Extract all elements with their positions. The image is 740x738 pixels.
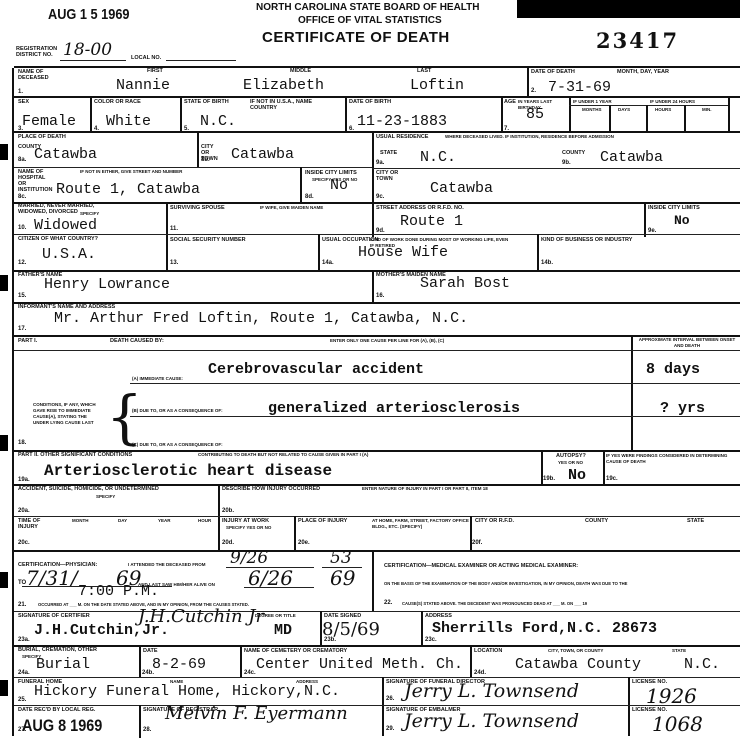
res-county: Catawba — [600, 149, 663, 166]
spouse-label: SURVIVING SPOUSE — [170, 205, 225, 211]
address-label: ADDRESS — [425, 613, 452, 619]
immediate-cause: Cerebrovascular accident — [208, 361, 424, 378]
death-time: 7:00 P.M. — [78, 583, 159, 600]
due-to-c-label: (c) DUE TO, OR AS A CONSEQUENCE OF: — [132, 442, 223, 448]
cemetery-label: NAME OF CEMETERY OR CREMATORY — [244, 648, 347, 654]
injury-at-work-sub: SPECIFY YES OR NO — [226, 525, 271, 531]
name-label: NAME OF DECEASED — [18, 69, 58, 81]
inside-city: No — [330, 177, 348, 194]
first-label: FIRST — [147, 68, 163, 74]
date-of-birth: 11-23-1883 — [357, 113, 447, 130]
registration-district: 18-00 — [63, 40, 112, 60]
last-label: LAST — [417, 68, 431, 74]
location-state-label: STATE — [672, 648, 686, 654]
registrar-signature: Melvin F. Eyermann — [165, 703, 348, 724]
attended-from: 9/26 — [230, 548, 268, 568]
state-of-birth-sub: IF NOT IN U.S.A., NAME COUNTRY — [250, 99, 330, 111]
res-city-label: CITY OR TOWN — [376, 170, 400, 182]
occupation: House Wife — [358, 244, 448, 261]
informant: Mr. Arthur Fred Loftin, Route 1, Catawba… — [54, 310, 468, 327]
redaction-bar — [517, 0, 740, 18]
hospital: Route 1, Catawba — [56, 181, 200, 198]
ssn-label: SOCIAL SECURITY NUMBER — [170, 237, 246, 243]
agency-line1: NORTH CAROLINA STATE BOARD OF HEALTH — [256, 2, 480, 13]
autopsy: No — [568, 467, 586, 484]
time-of-injury-label: TIME OF INJURY — [18, 518, 48, 530]
attended-from-year: 53 — [330, 548, 352, 568]
injury-county-label: COUNTY — [585, 518, 608, 524]
dob-label: DATE OF BIRTH — [349, 99, 391, 105]
hospital-label: NAME OF HOSPITAL OR INSTITUTION — [18, 169, 54, 193]
res-inside-city: No — [674, 213, 690, 228]
autopsy-label: AUTOPSY? — [556, 453, 586, 459]
location-label: LOCATION — [474, 648, 502, 654]
place-of-injury-sub: AT HOME, FARM, STREET, FACTORY OFFICE BL… — [372, 518, 472, 530]
age-label: AGE — [504, 99, 516, 105]
res-county-label: COUNTY — [562, 150, 585, 156]
disposition-label: BURIAL, CREMATION, OTHER — [18, 647, 97, 653]
date-signed: 8/5/69 — [322, 619, 380, 640]
place-county: Catawba — [34, 146, 97, 163]
immediate-interval: 8 days — [646, 361, 700, 378]
funeral-home: Hickory Funeral Home, Hickory,N.C. — [34, 683, 340, 700]
due-to-b-interval: ? yrs — [660, 400, 705, 417]
brace: { — [106, 388, 143, 446]
page-title: CERTIFICATE OF DEATH — [262, 29, 450, 46]
date-of-death: 7-31-69 — [548, 79, 611, 96]
business-label: KIND OF BUSINESS OR INDUSTRY — [541, 237, 632, 243]
describe-injury-sub: ENTER NATURE OF INJURY IN PART I OR PART… — [362, 486, 488, 492]
date-of-death-sub: MONTH, DAY, YEAR — [617, 69, 669, 75]
due-to-b-label: (b) DUE TO, OR AS A CONSEQUENCE OF: — [132, 408, 223, 414]
embalmer-signature: Jerry L. Townsend — [404, 710, 579, 732]
res-state: N.C. — [420, 149, 456, 166]
me-text: ON THE BASIS OF THE EXAMINATION OF THE B… — [384, 581, 627, 587]
place-of-death-label: PLACE OF DEATH — [18, 134, 66, 140]
place-of-injury-label: PLACE OF INJURY — [298, 518, 347, 524]
hours-label: HOURS — [655, 107, 671, 113]
part2-label: PART II. OTHER SIGNIFICANT CONDITIONS — [18, 452, 132, 458]
death-caused-by-label: DEATH CAUSED BY: — [110, 338, 164, 344]
spouse-sub: IF WIFE, GIVE MAIDEN NAME — [260, 205, 323, 211]
cemetery: Center United Meth. Ch. — [256, 656, 463, 673]
received-date: AUG 8 1969 — [22, 716, 102, 736]
immediate-cause-label: (a) IMMEDIATE CAUSE: — [132, 376, 183, 382]
year-label: YEAR — [158, 518, 171, 524]
res-inside-city-label: INSIDE CITY LIMITS — [648, 205, 700, 211]
date-of-death-label: DATE OF DEATH — [531, 69, 575, 75]
state-of-birth: N.C. — [200, 113, 236, 130]
usual-residence-label: USUAL RESIDENCE — [376, 134, 428, 140]
last-saw-year: 69 — [330, 566, 355, 590]
degree: MD — [274, 622, 292, 639]
month-label: MONTH — [72, 518, 89, 524]
name-first: Nannie — [116, 77, 170, 94]
city-rfd-label: CITY OR R.F.D. — [475, 518, 514, 524]
hospital-sub: IF NOT IN EITHER, GIVE STREET AND NUMBER — [80, 169, 182, 175]
certifier-address: Sherrills Ford,N.C. 28673 — [432, 620, 657, 637]
describe-injury-label: DESCRIBE HOW INJURY OCCURRED — [222, 486, 320, 492]
res-city: Catawba — [430, 180, 493, 197]
injury-state-label: STATE — [687, 518, 704, 524]
autopsy-sub: YES OR NO — [558, 460, 583, 466]
burial-date-label: DATE — [143, 648, 158, 654]
sex-label: SEX — [18, 99, 29, 105]
accident-sub: SPECIFY — [96, 494, 115, 500]
burial-location: Catawba County — [515, 656, 641, 673]
agency-line2: OFFICE OF VITAL STATISTICS — [298, 15, 442, 26]
race-label: COLOR OR RACE — [94, 99, 141, 105]
days-label: DAYS — [618, 107, 630, 113]
middle-label: MIDDLE — [290, 68, 311, 74]
street-address: Route 1 — [400, 213, 463, 230]
signature-certifier-label: SIGNATURE OF CERTIFIER — [18, 613, 90, 619]
me-cert-label: CERTIFICATION—MEDICAL EXAMINER OR ACTING… — [384, 563, 578, 569]
embalmer-license: 1068 — [652, 712, 703, 736]
registration-label: REGISTRATION DISTRICT NO. — [16, 46, 58, 58]
mother-name: Sarah Bost — [420, 275, 510, 292]
burial-location-state: N.C. — [684, 656, 720, 673]
min-label: MIN. — [702, 107, 712, 113]
interval-label: APPROXIMATE INTERVAL BETWEEN ONSET AND D… — [638, 337, 736, 349]
due-to-b: generalized arteriosclerosis — [268, 400, 520, 417]
part1-label: PART I. — [18, 338, 37, 344]
race: White — [106, 113, 151, 130]
injury-at-work-label: INJURY AT WORK — [222, 518, 269, 524]
degree-label: DEGREE OR TITLE — [255, 613, 296, 619]
accident-label: ACCIDENT, SUICIDE, HOMICIDE, OR UNDETERM… — [18, 486, 159, 492]
enter-one-label: ENTER ONLY ONE CAUSE PER LINE FOR (a), (… — [330, 338, 444, 344]
disposition: Burial — [36, 656, 90, 673]
age: 85 — [526, 106, 544, 123]
state-of-birth-label: STATE OF BIRTH — [184, 99, 229, 105]
director-signature: Jerry L. Townsend — [404, 680, 579, 702]
if-yes-label: IF YES WERE FINDINGS CONSIDERED IN DETER… — [606, 453, 736, 465]
name-middle: Elizabeth — [243, 77, 324, 94]
sex: Female — [22, 113, 76, 130]
location-sub: CITY, TOWN, OR COUNTY — [548, 648, 603, 654]
name-last: Loftin — [410, 77, 464, 94]
marital-status: Widowed — [34, 217, 97, 234]
hour-label: HOUR — [198, 518, 211, 524]
res-state-label: STATE — [380, 150, 397, 156]
place-city: Catawba — [231, 146, 294, 163]
citizen: U.S.A. — [42, 246, 96, 263]
street-label: STREET ADDRESS OR R.F.D. No. — [376, 205, 464, 211]
received-label: DATE REC'D BY LOCAL REG. — [18, 707, 95, 713]
citizen-label: CITIZEN OF WHAT COUNTRY? — [18, 236, 98, 242]
burial-date: 8-2-69 — [152, 656, 206, 673]
part2-sub: CONTRIBUTING TO DEATH BUT NOT RELATED TO… — [198, 452, 368, 458]
certificate-number: 23417 — [596, 28, 679, 53]
inside-city-label: INSIDE CITY LIMITS — [305, 170, 357, 176]
father-name: Henry Lowrance — [44, 276, 170, 293]
certifier-signature: J.H.Cutchin Jr — [138, 606, 264, 627]
usual-residence-sub: WHERE DECEASED LIVED. IF INSTITUTION, RE… — [445, 134, 614, 140]
me-text2: CAUSE(S) STATED ABOVE. THE DECEDENT WAS … — [402, 601, 587, 607]
conditions-label: CONDITIONS, IF ANY, WHICH GAVE RISE TO I… — [33, 402, 98, 426]
day-label: DAY — [118, 518, 127, 524]
months-label: MONTHS — [582, 107, 602, 113]
local-no-label: LOCAL NO. — [131, 55, 161, 61]
other-conditions: Arteriosclerotic heart disease — [44, 462, 332, 480]
received-stamp: AUG 1 5 1969 — [48, 6, 130, 23]
